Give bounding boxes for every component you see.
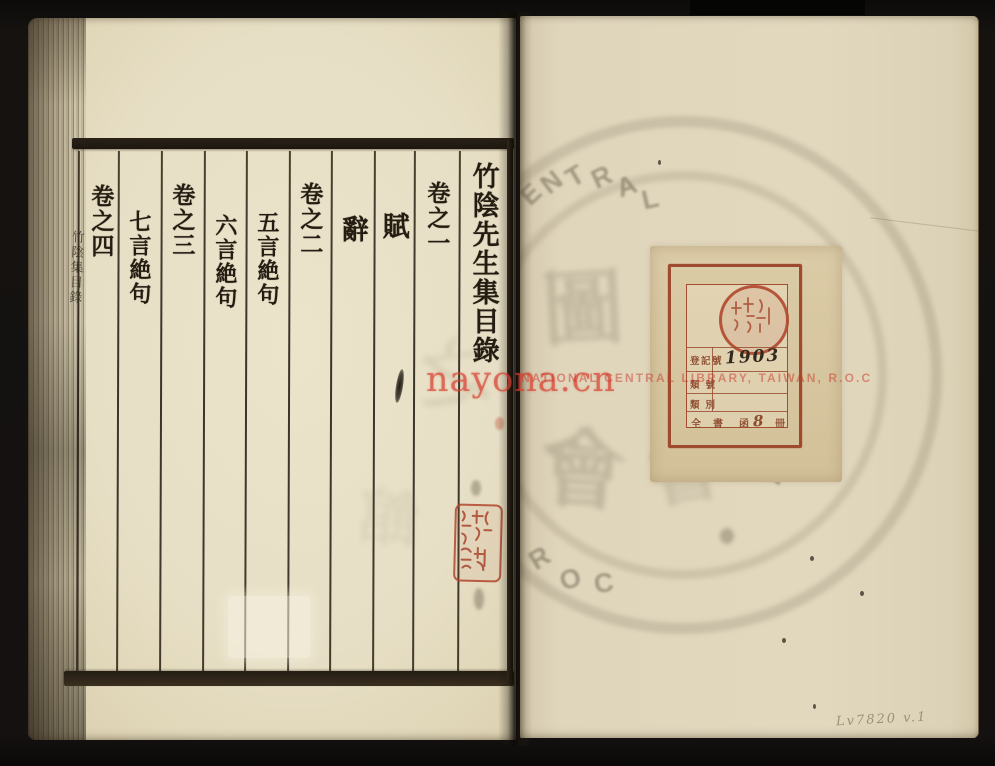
- label-inner-border: 登記號 1903 類號 類別 全 書 函 8 冊: [686, 284, 788, 428]
- label-bottom-char: 冊: [775, 415, 785, 430]
- toc-entry-liuyan: 六言絶句: [212, 214, 236, 310]
- label-field-regno: 登記號: [690, 353, 723, 367]
- accession-number-value: 1903: [725, 346, 781, 369]
- column-divider: [202, 151, 206, 671]
- scan-background-notch: [690, 0, 865, 15]
- column-divider: [329, 151, 333, 671]
- label-rule: [687, 393, 787, 394]
- bleedthrough-glyph: 會: [537, 425, 629, 517]
- collector-seal: [453, 503, 503, 582]
- library-round-stamp: [719, 285, 789, 355]
- ink-smudge: [474, 588, 484, 610]
- column-divider: [116, 151, 120, 671]
- label-bottom-char: 全: [691, 415, 701, 430]
- seal-script-marks: [455, 505, 495, 574]
- toc-entry-fu: 賦: [378, 212, 407, 241]
- label-bottom-char: 函: [739, 415, 749, 430]
- label-field-category: 類別: [690, 397, 721, 411]
- library-label: 登記號 1903 類號 類別 全 書 函 8 冊: [668, 264, 802, 448]
- repair-patch: [228, 596, 310, 658]
- ink-smear: [393, 369, 405, 404]
- speck: [658, 160, 661, 165]
- volume-count-value: 8: [753, 412, 766, 431]
- frame-border-bottom: [64, 671, 514, 686]
- column-divider: [244, 151, 248, 671]
- toc-entry-juan1: 卷之一: [424, 181, 449, 256]
- toc-entry-wuyan: 五言絶句: [254, 211, 278, 307]
- toc-entry-juan2: 卷之二: [297, 182, 322, 257]
- toc-entry-juan3: 卷之三: [169, 183, 194, 258]
- column-divider: [159, 151, 163, 671]
- watermark-library-line: NATIONAL CENTRAL LIBRARY, TAIWAN, R.O.C: [521, 371, 872, 385]
- book-scan: 竹陰集目錄 竹陰先生集目錄 卷之一 賦 辭 卷之二 五言絶句 六言絶句 卷之三 …: [0, 0, 995, 766]
- bleed-letter: C: [592, 567, 616, 600]
- toc-entry-qiyan: 七言絶句: [126, 210, 150, 306]
- speck: [782, 638, 786, 643]
- ink-smudge: [471, 480, 481, 496]
- stamp-seal-marks: [722, 288, 780, 346]
- column-divider: [412, 151, 416, 671]
- label-rule: [687, 411, 787, 412]
- toc-entry-ci: 辭: [337, 215, 366, 244]
- frame-border-top: [72, 138, 514, 149]
- speck: [813, 704, 816, 709]
- label-bottom-char: 書: [713, 415, 723, 430]
- column-divider: [372, 151, 376, 671]
- bleedthrough-glyph: 圖: [540, 266, 626, 352]
- speck: [810, 556, 814, 561]
- toc-entry-juan4: 卷之四: [88, 184, 113, 259]
- bleedthrough-glyph: 館: [355, 485, 423, 553]
- speck: [860, 591, 864, 596]
- column-divider: [287, 151, 291, 671]
- bleed-blob: [720, 528, 734, 544]
